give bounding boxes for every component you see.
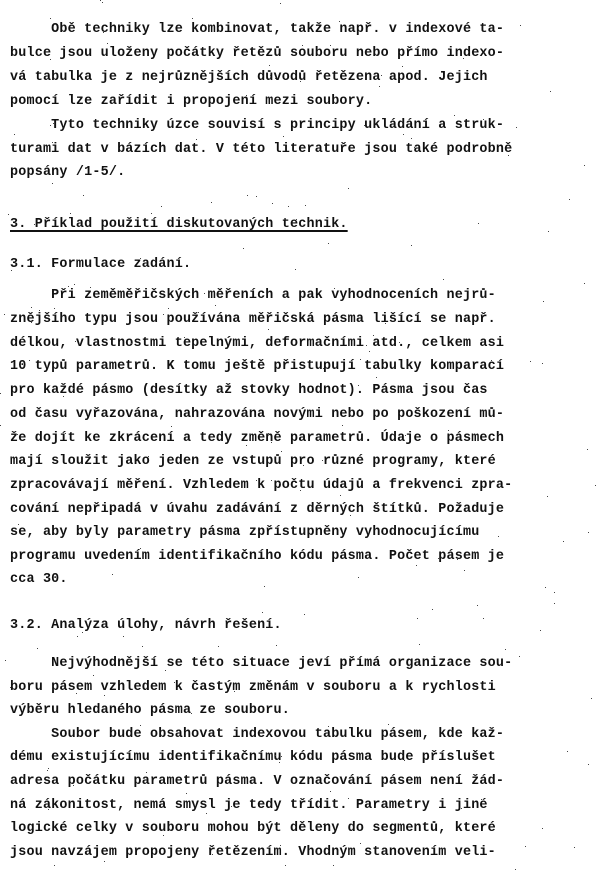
text-line: pro každé pásmo (desítky až stovky hodno… [10,383,488,399]
scan-noise [53,123,54,124]
scan-noise [457,559,458,560]
scan-noise [82,632,83,633]
scan-noise [212,854,213,855]
scan-noise [218,646,219,647]
scan-noise [584,165,585,166]
scan-noise [123,636,124,637]
scan-noise [323,368,324,369]
scan-noise [182,829,183,830]
scan-noise [328,243,329,244]
scan-noise [122,461,123,462]
scan-noise [39,310,40,311]
scan-noise [271,442,272,443]
scan-noise [348,798,349,799]
scan-noise [107,43,108,44]
scan-noise [588,764,589,765]
scan-noise [295,269,296,270]
scan-noise [468,73,469,74]
scan-noise [525,846,526,847]
text-line: cování nepřipadá v úvahu zadávání z děrn… [10,502,504,518]
scan-noise [140,725,141,726]
scan-noise [270,75,271,76]
scan-noise [505,649,506,650]
scan-noise [0,425,1,426]
scan-noise [358,577,359,578]
scan-noise [350,515,351,516]
scan-noise [146,772,147,773]
scan-noise [330,45,331,46]
scan-noise [37,648,38,649]
scan-noise [210,364,211,365]
scan-noise [264,586,265,587]
scanned-document-page: Obě techniky lze kombinovat, takže např.… [0,0,612,874]
scan-noise [545,587,546,588]
scan-noise [169,511,170,512]
scan-noise [191,713,192,714]
scan-noise [70,213,71,214]
scan-noise [211,551,212,552]
text-line: Při zeměměřičských měřeních a pak vyhodn… [10,288,496,304]
text-line: cca 30. [10,572,68,588]
scan-noise [104,695,105,696]
scan-noise [262,612,263,613]
scan-noise [461,808,462,809]
text-line: Tyto techniky úzce souvisí s principy uk… [10,118,504,134]
scan-noise [243,248,244,249]
scan-noise [211,202,212,203]
scan-noise [275,383,276,384]
scan-noise [540,630,541,631]
scan-noise [432,609,433,610]
scan-noise [360,843,361,844]
scan-noise [519,656,520,657]
scan-noise [54,865,55,866]
scan-noise [548,231,549,232]
scan-noise [52,142,53,143]
scan-noise [574,847,575,848]
scan-noise [483,618,484,619]
scan-noise [285,865,286,866]
scan-noise [206,813,207,814]
scan-noise [550,91,551,92]
scan-noise [543,301,544,302]
scan-noise [90,287,91,288]
scan-noise [268,732,269,733]
scan-noise [388,724,389,725]
scan-noise [307,388,308,389]
scan-noise [268,433,269,434]
scan-noise [360,359,361,360]
scan-noise [483,119,484,120]
scan-noise [339,21,340,22]
scan-noise [112,574,113,575]
scan-noise [48,768,49,769]
scan-noise [234,691,235,692]
scan-noise [348,188,349,189]
scan-noise [196,139,197,140]
scan-noise [151,213,152,214]
text-line: se, aby byly parametry pásma zpřístupněn… [10,525,479,541]
scan-noise [463,58,464,59]
scan-noise [481,799,482,800]
scan-noise [48,809,49,810]
scan-noise [334,288,335,289]
scan-noise [591,698,592,699]
scan-noise [50,59,51,60]
scan-noise [417,618,418,619]
scan-noise [140,258,141,259]
scan-noise [284,219,285,220]
scan-noise [269,65,270,66]
scan-noise [65,433,66,434]
scan-noise [333,865,334,866]
scan-noise [288,206,289,207]
text-line: Nejvýhodnější se této situace jeví přímá… [10,656,512,672]
scan-noise [364,125,365,126]
scan-noise [554,592,555,593]
text-line: pomocí lze zařídit i propojení mezi soub… [10,94,372,110]
scan-noise [342,425,343,426]
text-line: popsány /1-5/. [10,165,125,181]
scan-noise [281,756,282,757]
scan-noise [448,430,449,431]
scan-noise [192,18,193,19]
scan-noise [18,524,19,525]
scan-noise [554,603,555,604]
scan-noise [296,219,297,220]
text-line: programu uvedením identifikačního kódu p… [10,549,504,565]
scan-noise [411,245,412,246]
scan-noise [47,770,48,771]
scan-noise [283,136,284,137]
subsection-heading: 3.1. Formulace zadání. [10,257,191,273]
scan-noise [56,391,57,392]
scan-noise [83,195,84,196]
scan-noise [584,283,585,284]
text-line: délkou, vlastnostmi tepelnými, deformačn… [10,336,504,352]
scan-noise [246,445,247,446]
scan-noise [68,286,69,287]
scan-noise [530,361,531,362]
scan-noise [54,308,55,309]
scan-noise [547,496,548,497]
scan-noise [271,480,272,481]
scan-noise [142,646,143,647]
scan-noise [478,223,479,224]
scan-noise [276,645,277,646]
text-line: logické celky v souboru mohou být děleny… [10,821,496,837]
scan-noise [148,456,149,457]
scan-noise [4,314,5,315]
scan-noise [477,605,478,606]
scan-noise [385,323,386,324]
scan-noise [168,308,169,309]
scan-noise [268,329,269,330]
scan-noise [279,483,280,484]
scan-noise [184,337,185,338]
scan-noise [50,125,51,126]
scan-noise [358,385,359,386]
scan-noise [414,147,415,148]
scan-noise [305,205,306,206]
text-line: dému existujícímu identifikačnímu kódu p… [10,750,496,766]
scan-noise [21,339,22,340]
scan-noise [8,214,9,215]
scan-noise [328,726,329,727]
text-line: od času vyřazována, nahrazována novými n… [10,407,504,423]
scan-noise [376,55,377,56]
scan-noise [403,134,404,135]
text-line: jsou navzájem propojeny řetězením. Vhodn… [10,845,496,861]
text-line: ná zákonitost, nemá smysl je tedy třídit… [10,798,488,814]
scan-noise [419,644,420,645]
scan-noise [103,32,104,33]
text-line: výběru hledaného pásma ze souboru. [10,703,290,719]
scan-noise [498,536,499,537]
scan-noise [75,341,76,342]
scan-noise [14,134,15,135]
scan-noise [62,360,63,361]
scan-noise [567,751,568,752]
scan-noise [411,138,412,139]
scan-noise [186,793,187,794]
scan-noise [300,81,301,82]
scan-noise [114,265,115,266]
scan-noise [74,284,75,285]
scan-noise [381,75,382,76]
scan-noise [508,155,509,156]
scan-noise [272,203,273,204]
scan-noise [233,826,234,827]
text-line: vá tabulka je z nejrůznějších důvodů řet… [10,70,488,86]
scan-noise [93,675,94,676]
text-line: že dojít ke zkrácení a tedy změně parame… [10,431,504,447]
scan-noise [340,495,341,496]
scan-noise [464,570,465,571]
text-line: mají sloužit jako jeden ze vstupů pro rů… [10,454,496,470]
scan-noise [438,558,439,559]
scan-noise [76,693,77,694]
scan-noise [595,485,596,486]
scan-noise [569,199,570,200]
scan-noise [50,18,51,19]
scan-noise [10,687,11,688]
scan-noise [161,206,162,207]
scan-noise [238,27,239,28]
scan-noise [5,660,6,661]
scan-noise [73,388,74,389]
text-line: Obě techniky lze kombinovat, takže např.… [10,22,504,38]
scan-noise [292,362,293,363]
text-line: bulce jsou uloženy počátky řetězů soubor… [10,46,504,62]
scan-noise [11,270,12,271]
scan-noise [323,824,324,825]
scan-noise [302,45,303,46]
scan-noise [281,451,282,452]
scan-noise [542,363,543,364]
text-line: zpracovávají měření. Vzhledem k počtu úd… [10,478,512,494]
scan-noise [366,345,367,346]
scan-noise [100,0,101,1]
scan-noise [373,335,374,336]
text-line: turami dat v bázích dat. V této literatu… [10,142,512,158]
section-heading: 3. Příklad použití diskutovaných technik… [10,217,348,233]
scan-noise [52,183,53,184]
scan-noise [459,683,460,684]
scan-noise [34,224,35,225]
scan-noise [29,360,30,361]
text-line: 10 typů parametrů. K tomu ještě přistupu… [10,359,504,375]
scan-noise [174,682,175,683]
subsection-heading: 3.2. Analýza úlohy, návrh řešení. [10,618,282,634]
scan-noise [491,360,492,361]
scan-noise [454,115,455,116]
scan-noise [171,426,172,427]
scan-noise [520,25,521,26]
scan-noise [246,95,247,96]
scan-noise [359,409,360,410]
scan-noise [163,835,164,836]
scan-noise [369,351,370,352]
scan-noise [165,670,166,671]
scan-noise [322,460,323,461]
scan-noise [215,305,216,306]
scan-noise [31,307,32,308]
scan-noise [102,2,103,3]
text-line: boru pásem vzhledem k častým změnám v so… [10,680,496,696]
scan-noise [404,760,405,761]
scan-noise [202,24,203,25]
scan-noise [516,127,517,128]
scan-noise [303,465,304,466]
scan-noise [443,279,444,280]
scan-noise [17,434,18,435]
scan-noise [163,314,164,315]
scan-noise [131,343,132,344]
scan-noise [140,548,141,549]
scan-noise [304,614,305,615]
text-line: Soubor bude obsahovat indexovou tabulku … [10,727,504,743]
scan-noise [542,828,543,829]
scan-noise [300,490,301,491]
scan-noise [231,806,232,807]
scan-noise [587,449,588,450]
scan-noise [31,322,32,323]
scan-noise [256,196,257,197]
scan-noise [275,78,276,79]
scan-noise [275,755,276,756]
scan-noise [256,480,257,481]
text-line: adresa počátku parametrů pásma. V označo… [10,774,504,790]
scan-noise [80,619,81,620]
scan-noise [73,785,74,786]
scan-noise [280,845,281,846]
scan-noise [376,377,377,378]
scan-noise [280,3,281,4]
scan-noise [63,396,64,397]
scan-noise [104,861,105,862]
scan-noise [379,86,380,87]
scan-noise [402,66,403,67]
scan-noise [515,869,516,870]
scan-noise [198,312,199,313]
scan-noise [247,195,248,196]
scan-noise [77,636,78,637]
scan-noise [588,532,589,533]
scan-noise [279,762,280,763]
scan-noise [0,393,1,394]
scan-noise [204,293,205,294]
scan-noise [563,541,564,542]
scan-noise [399,342,400,343]
scan-noise [54,266,55,267]
scan-noise [405,435,406,436]
scan-noise [330,791,331,792]
scan-noise [416,565,417,566]
text-line: znějšího typu jsou používána měřičská pá… [10,312,496,328]
